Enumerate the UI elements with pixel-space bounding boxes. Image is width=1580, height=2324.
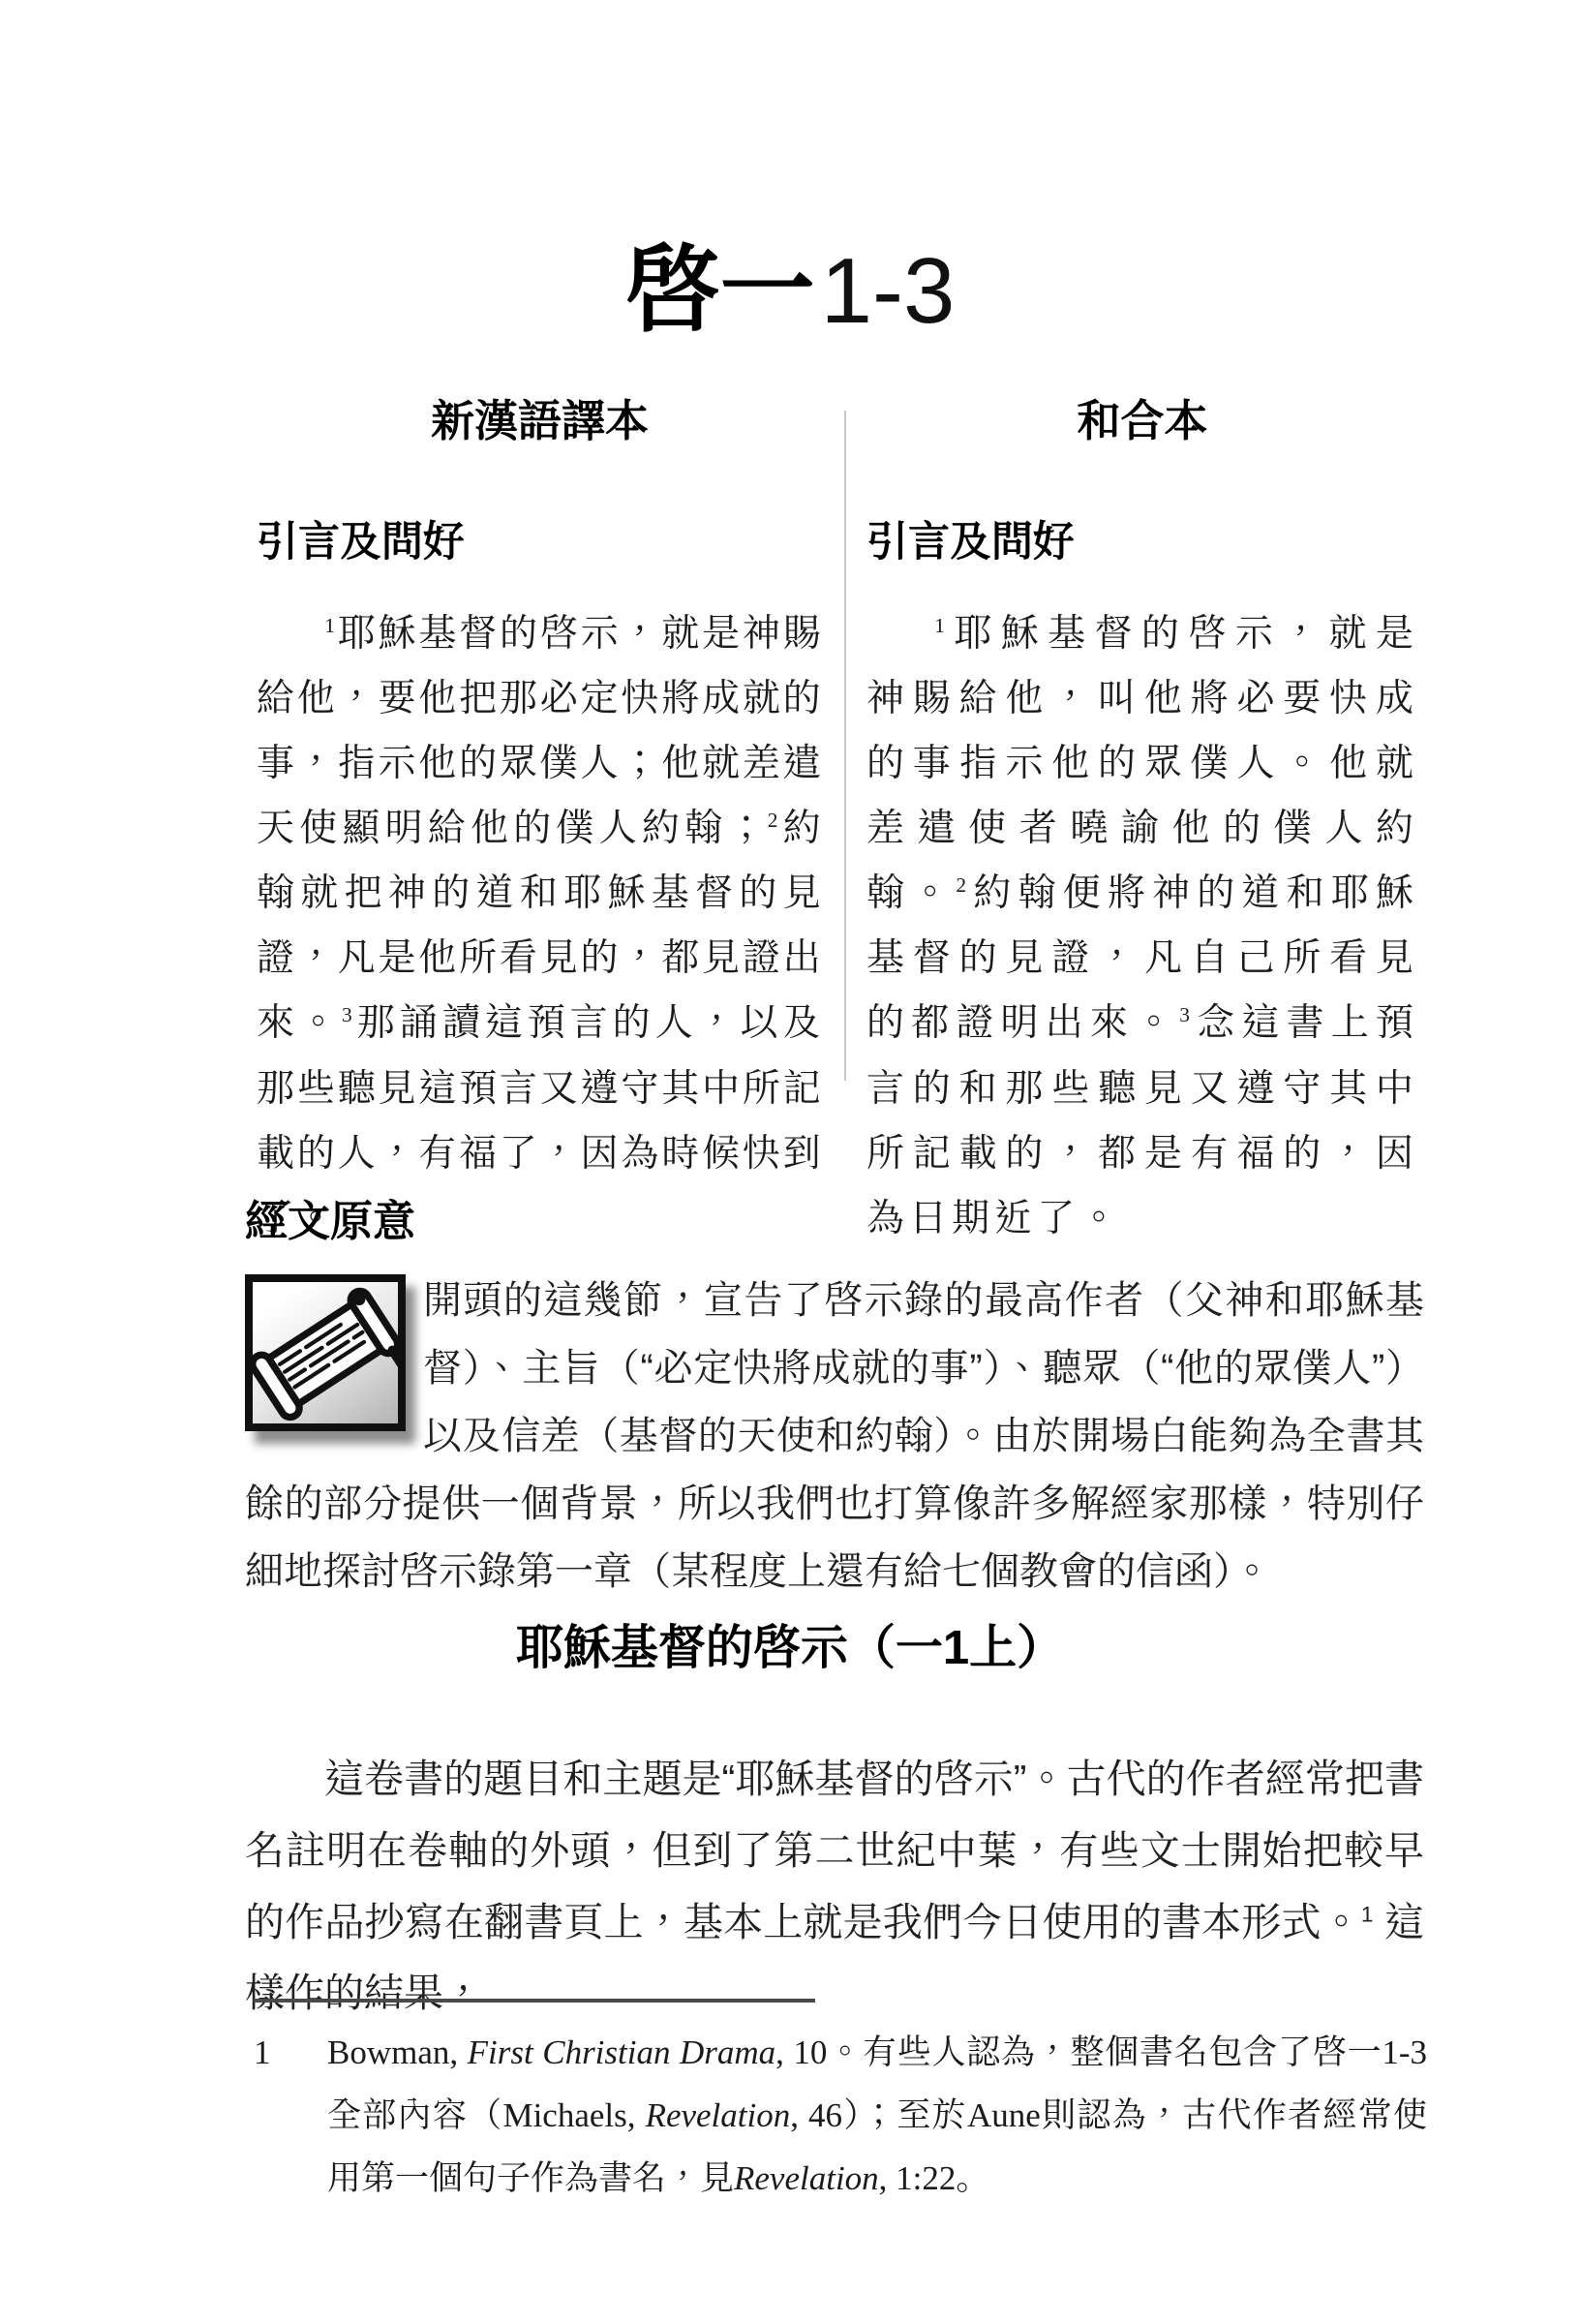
page-title: 啓一1-3: [0, 242, 1580, 338]
original-meaning-block: 開頭的這幾節，宣告了啓示錄的最高作者（父神和耶穌基督）、主旨（“必定快將成就的事…: [245, 1267, 1424, 1605]
scroll-icon: [245, 1274, 406, 1431]
verse-text-right: 1耶穌基督的啓示，就是神賜給他，叫他將必要快成的事指示他的眾僕人。他就差遣使者曉…: [866, 601, 1418, 1251]
footnote: 1 Bowman, First Christian Drama, 10。有些人認…: [254, 2022, 1427, 2210]
footnote-marker: 1: [254, 2022, 271, 2085]
page: 啓一1-3 新漢語譯本 引言及問好 1耶穌基督的啓示，就是神賜給他，要他把那必定…: [0, 0, 1580, 2324]
subsection-paragraph: 這卷書的題目和主題是“耶穌基督的啓示”。古代的作者經常把書名註明在卷軸的外頭，但…: [245, 1744, 1424, 2030]
translation-columns: 新漢語譯本 引言及問好 1耶穌基督的啓示，就是神賜給他，要他把那必定快將成就的事…: [257, 399, 1418, 1135]
passage-heading-right: 引言及問好: [866, 522, 1418, 564]
original-meaning-paragraph: 開頭的這幾節，宣告了啓示錄的最高作者（父神和耶穌基督）、主旨（“必定快將成就的事…: [245, 1279, 1424, 1593]
subsection-heading: 耶穌基督的啓示（一1上）: [0, 1625, 1580, 1672]
footnote-rule: [254, 1999, 815, 2003]
column-header-right: 和合本: [866, 399, 1418, 443]
column-header-left: 新漢語譯本: [257, 399, 823, 443]
verse-text-left: 1耶穌基督的啓示，就是神賜給他，要他把那必定快將成就的事，指示他的眾僕人；他就差…: [257, 601, 823, 1251]
column-divider: [844, 411, 846, 1081]
page-title-range: 1-3: [821, 239, 956, 343]
page-title-book: 啓一: [625, 236, 815, 343]
footnote-text: Bowman, First Christian Drama, 10。有些人認為，…: [327, 2022, 1427, 2210]
passage-heading-left: 引言及問好: [257, 522, 823, 564]
original-meaning-heading: 經文原意: [245, 1201, 415, 1243]
column-new-chinese-version: 新漢語譯本 引言及問好 1耶穌基督的啓示，就是神賜給他，要他把那必定快將成就的事…: [257, 399, 823, 1289]
column-union-version: 和合本 引言及問好 1耶穌基督的啓示，就是神賜給他，叫他將必要快成的事指示他的眾…: [866, 399, 1418, 1289]
